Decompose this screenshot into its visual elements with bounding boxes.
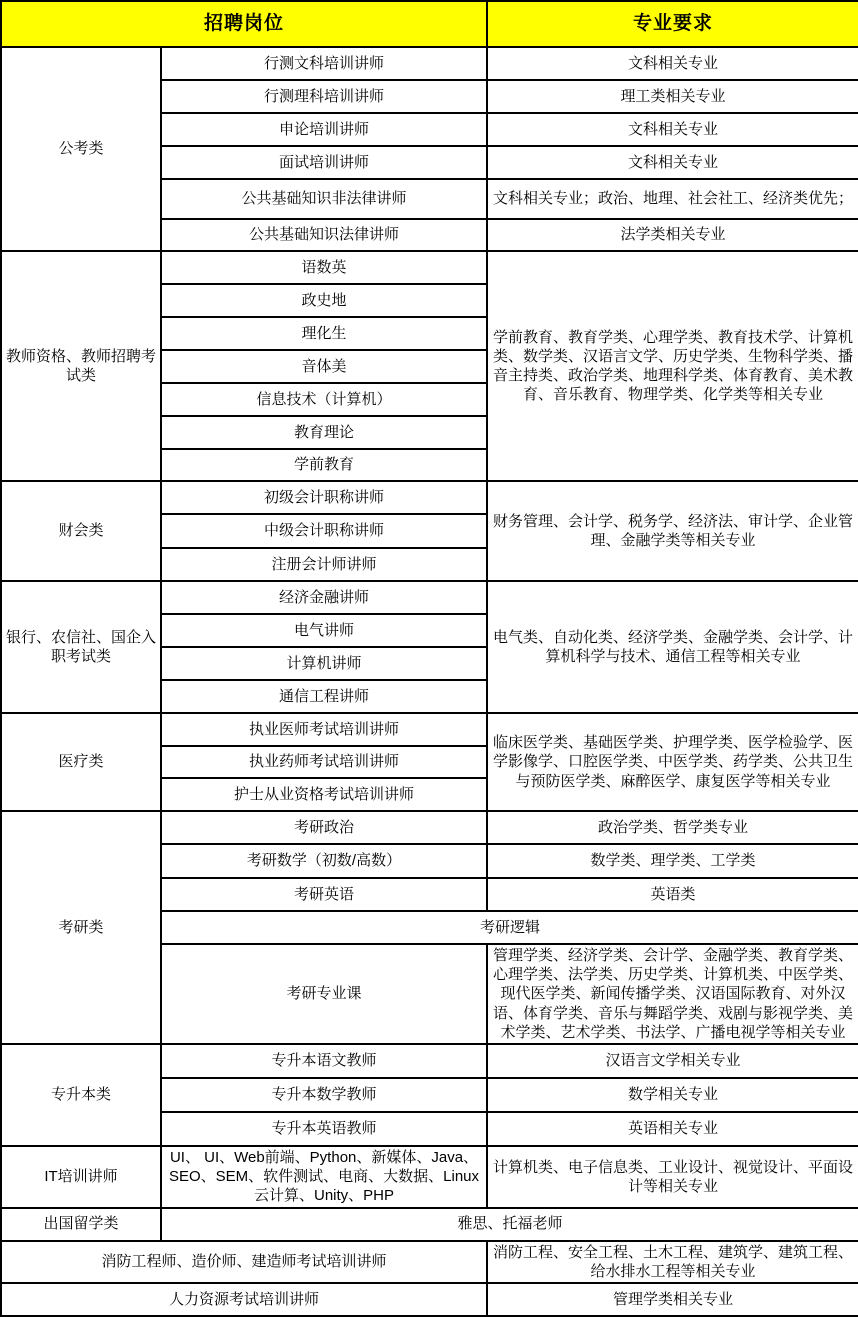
position-cell: 音体美	[161, 350, 487, 383]
position-cell: UI、 UI、Web前端、Python、新媒体、Java、SEO、SEM、软件测…	[161, 1146, 487, 1208]
requirement-cell: 数学相关专业	[487, 1078, 858, 1112]
category-cell: 专升本类	[1, 1044, 161, 1146]
table-row: 消防工程师、造价师、建造师考试培训讲师 消防工程、安全工程、土木工程、建筑学、建…	[1, 1241, 858, 1283]
position-cell: 专升本数学教师	[161, 1078, 487, 1112]
category-cell: 公考类	[1, 47, 161, 251]
position-cell: 专升本英语教师	[161, 1112, 487, 1146]
requirement-cell: 文科相关专业	[487, 113, 858, 146]
position-cell: 执业医师考试培训讲师	[161, 713, 487, 746]
merged-row-cell: 雅思、托福老师	[161, 1208, 858, 1241]
requirement-cell: 电气类、自动化类、经济学类、金融学类、会计学、计算机科学与技术、通信工程等相关专…	[487, 581, 858, 713]
position-cell: 经济金融讲师	[161, 581, 487, 614]
position-cell: 注册会计师讲师	[161, 548, 487, 581]
position-cell: 初级会计职称讲师	[161, 481, 487, 514]
header-requirements: 专业要求	[487, 1, 858, 47]
position-cell: 专升本语文教师	[161, 1044, 487, 1078]
position-cell: 行测理科培训讲师	[161, 80, 487, 113]
position-cell: 考研专业课	[161, 944, 487, 1044]
requirement-cell: 学前教育、教育学类、心理学类、教育技术学、计算机类、数学类、汉语言文学、历史学类…	[487, 251, 858, 481]
position-cell: 考研数学（初数/高数）	[161, 844, 487, 878]
category-cell: 银行、农信社、国企入职考试类	[1, 581, 161, 713]
table-row: 考研类 考研政治 政治学类、哲学类专业	[1, 811, 858, 844]
table-row: 公考类 行测文科培训讲师 文科相关专业	[1, 47, 858, 80]
table-row: IT培训讲师 UI、 UI、Web前端、Python、新媒体、Java、SEO、…	[1, 1146, 858, 1208]
position-cell: 公共基础知识法律讲师	[161, 219, 487, 251]
table-row: 财会类 初级会计职称讲师 财务管理、会计学、税务学、经济法、审计学、企业管理、金…	[1, 481, 858, 514]
position-cell: 理化生	[161, 317, 487, 350]
position-cell: 行测文科培训讲师	[161, 47, 487, 80]
category-cell: 出国留学类	[1, 1208, 161, 1241]
position-cell: 公共基础知识非法律讲师	[161, 179, 487, 219]
requirement-cell: 计算机类、电子信息类、工业设计、视觉设计、平面设计等相关专业	[487, 1146, 858, 1208]
position-cell: 教育理论	[161, 416, 487, 449]
requirement-cell: 文科相关专业	[487, 47, 858, 80]
requirement-cell: 数学类、理学类、工学类	[487, 844, 858, 878]
position-cell: 语数英	[161, 251, 487, 284]
position-cell: 政史地	[161, 284, 487, 317]
requirement-cell: 管理学类、经济学类、会计学、金融学类、教育学类、心理学类、法学类、历史学类、计算…	[487, 944, 858, 1044]
table-row: 银行、农信社、国企入职考试类 经济金融讲师 电气类、自动化类、经济学类、金融学类…	[1, 581, 858, 614]
requirement-cell: 临床医学类、基础医学类、护理学类、医学检验学、医学影像学、口腔医学类、中医学类、…	[487, 713, 858, 811]
requirement-cell: 英语类	[487, 878, 858, 911]
requirement-cell: 管理学类相关专业	[487, 1283, 858, 1316]
table-row: 医疗类 执业医师考试培训讲师 临床医学类、基础医学类、护理学类、医学检验学、医学…	[1, 713, 858, 746]
table-row: 出国留学类 雅思、托福老师	[1, 1208, 858, 1241]
requirement-cell: 英语相关专业	[487, 1112, 858, 1146]
table-row: 教师资格、教师招聘考试类 语数英 学前教育、教育学类、心理学类、教育技术学、计算…	[1, 251, 858, 284]
requirement-cell: 文科相关专业；政治、地理、社会社工、经济类优先；	[487, 179, 858, 219]
requirement-cell: 汉语言文学相关专业	[487, 1044, 858, 1078]
position-cell: 计算机讲师	[161, 647, 487, 680]
position-cell: 考研英语	[161, 878, 487, 911]
merged-row-cell: 考研逻辑	[161, 911, 858, 944]
category-cell: 考研类	[1, 811, 161, 1044]
requirement-cell: 文科相关专业	[487, 146, 858, 179]
category-cell: 医疗类	[1, 713, 161, 811]
category-cell: 教师资格、教师招聘考试类	[1, 251, 161, 481]
category-cell: IT培训讲师	[1, 1146, 161, 1208]
position-cell: 电气讲师	[161, 614, 487, 647]
position-cell: 护士从业资格考试培训讲师	[161, 778, 487, 811]
position-cell: 执业药师考试培训讲师	[161, 746, 487, 778]
requirement-cell: 财务管理、会计学、税务学、经济法、审计学、企业管理、金融学类等相关专业	[487, 481, 858, 581]
position-cell: 面试培训讲师	[161, 146, 487, 179]
table-row: 人力资源考试培训讲师 管理学类相关专业	[1, 1283, 858, 1316]
merged-position-cell: 人力资源考试培训讲师	[1, 1283, 487, 1316]
position-cell: 学前教育	[161, 449, 487, 481]
header-row: 招聘岗位 专业要求	[1, 1, 858, 47]
position-cell: 通信工程讲师	[161, 680, 487, 713]
header-jobs: 招聘岗位	[1, 1, 487, 47]
position-cell: 考研政治	[161, 811, 487, 844]
requirement-cell: 理工类相关专业	[487, 80, 858, 113]
position-cell: 中级会计职称讲师	[161, 514, 487, 548]
requirement-cell: 消防工程、安全工程、土木工程、建筑学、建筑工程、给水排水工程等相关专业	[487, 1241, 858, 1283]
merged-position-cell: 消防工程师、造价师、建造师考试培训讲师	[1, 1241, 487, 1283]
table-row: 专升本类 专升本语文教师 汉语言文学相关专业	[1, 1044, 858, 1078]
requirement-cell: 法学类相关专业	[487, 219, 858, 251]
requirement-cell: 政治学类、哲学类专业	[487, 811, 858, 844]
recruitment-table: 招聘岗位 专业要求 公考类 行测文科培训讲师 文科相关专业 行测理科培训讲师 理…	[0, 0, 858, 1317]
position-cell: 申论培训讲师	[161, 113, 487, 146]
position-cell: 信息技术（计算机）	[161, 383, 487, 416]
category-cell: 财会类	[1, 481, 161, 581]
